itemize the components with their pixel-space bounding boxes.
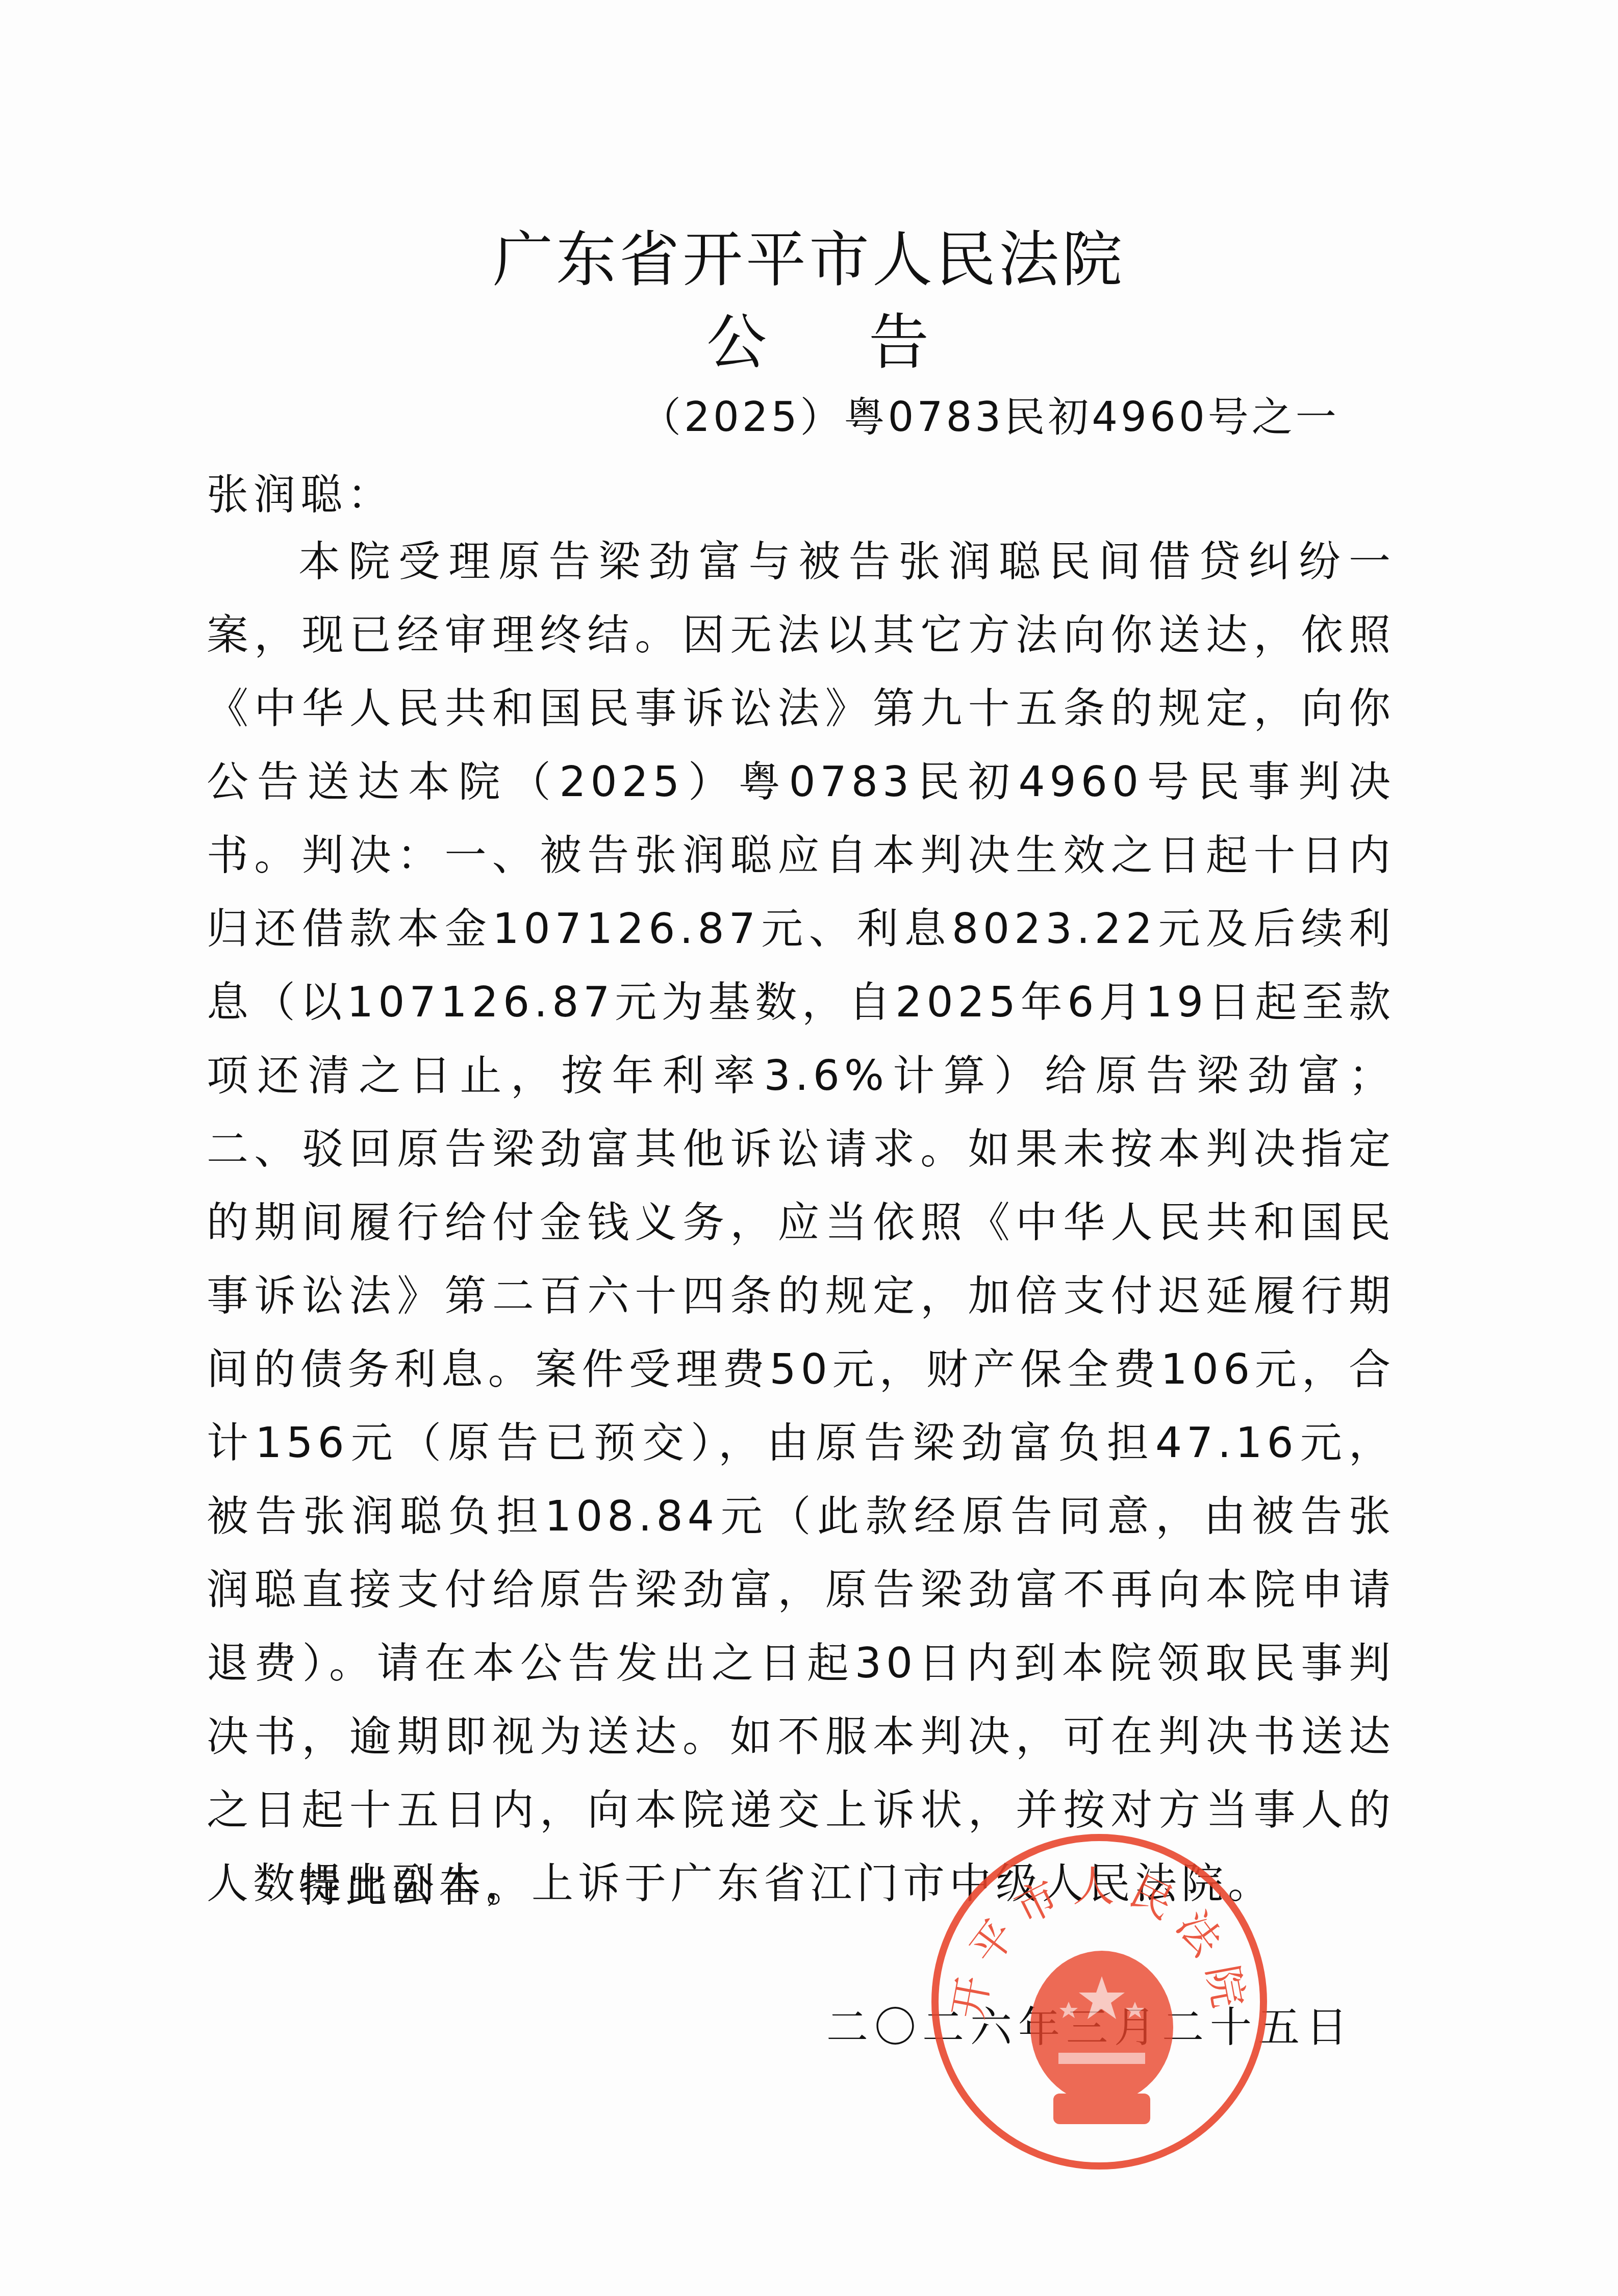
document-type-title: 公告	[706, 312, 1031, 372]
issue-date: 二〇二六年三月二十五日	[826, 2007, 1354, 2049]
case-number: （2025）粤0783民初4960号之一	[640, 397, 1339, 438]
notice-page: 广东省开平市人民法院 公告 （2025）粤0783民初4960号之一 张润聪： …	[0, 0, 1618, 2296]
closing-phrase: 特此公告。	[298, 1867, 533, 1908]
notice-body: 本院受理原告梁劲富与被告张润聪民间借贷纠纷一案，现已经审理终结。因无法以其它方法…	[207, 525, 1395, 1921]
court-name-title: 广东省开平市人民法院	[0, 229, 1618, 290]
addressee: 张润聪：	[207, 474, 394, 516]
